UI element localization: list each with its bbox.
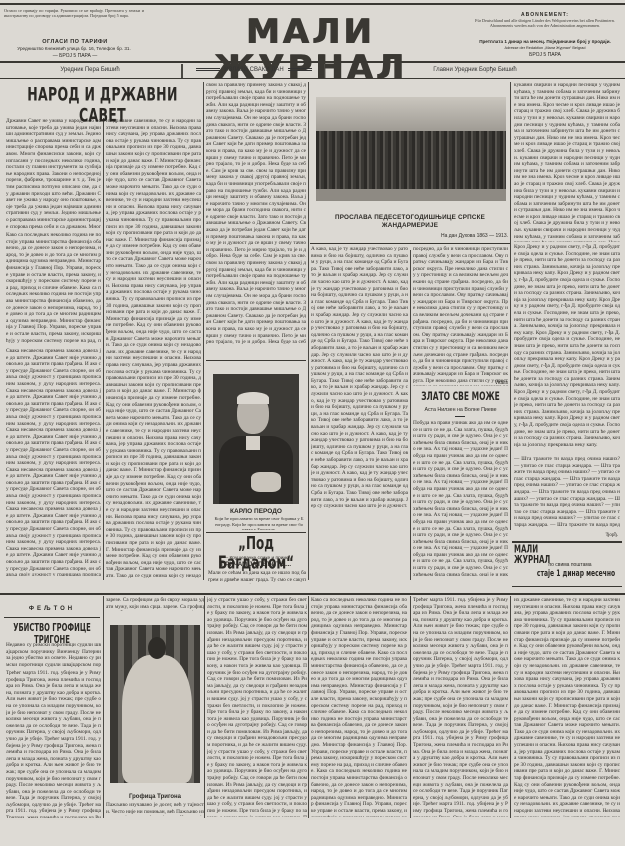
portrait-collar <box>246 436 260 450</box>
masthead-right-sub: Adresse der Redaktion „Мали Журнал“ Belg… <box>480 46 610 50</box>
lead-body-col1b: Како са последњих неколико година не пос… <box>6 232 101 344</box>
photo-crowd <box>316 131 506 189</box>
lower-col4: Како са последњих неколико година не пос… <box>311 597 407 817</box>
right-col-body-mid: Кроз Дреку и у радном свету, г-ђа Д. про… <box>514 244 620 454</box>
column-divider <box>308 82 309 580</box>
right-col-body-top: кукавни свирачи и народни песници у чудн… <box>514 82 620 242</box>
photo-feature-body-right: посредно, да би и чиновници приступили п… <box>413 246 508 386</box>
top-rule <box>0 3 625 5</box>
masthead-right-notice: Für Deutschland und alle übrigen Länder … <box>468 18 622 34</box>
promo-bottom-rule <box>512 586 622 587</box>
column-divider <box>103 596 104 818</box>
feuilleton-label-rule <box>4 617 100 618</box>
editor-right: Главни Уредник Борђе Бишић <box>325 64 625 77</box>
gendarmerie-caption: ПРОСЛАВА ПЕДЕСЕТОГОДИШЊИЦЕ СРПСКЕ ЖАНДАР… <box>312 214 508 230</box>
promo-sub: по свима поштама <box>530 562 610 568</box>
countess-photo <box>110 625 200 783</box>
lead-body-col2: их државне савезнике, те су и народни за… <box>106 118 201 578</box>
column-divider <box>204 596 205 818</box>
masthead-title: МАЛИ ЖУРНАЛ <box>160 14 460 50</box>
zlato-headline-wrap: ЗЛАТО СВЕ МОЖЕ <box>413 391 508 405</box>
masthead-left-address: Уредништво Кнежевић улица бр. 16, Телефо… <box>4 46 144 51</box>
zlato-headline: ЗЛАТО СВЕ МОЖЕ <box>413 391 508 403</box>
feuilleton-lead: Недавно су римски поротници судили швајц… <box>6 642 101 668</box>
freq-label: ИЗЛАЗИ СВАКИ ДАН <box>224 67 283 73</box>
zlato-signature: Vitalis <box>470 380 508 386</box>
gendarmerie-sub: На дан Духова 1863 — 1913. <box>400 233 508 239</box>
promo-price: стаје 1 динар месечно <box>530 570 622 579</box>
zlato-body: Побуда на прави учинак ако да им се одне… <box>413 420 508 576</box>
masthead-left-notice: Огласи се примају по тарифи. Рукописи се… <box>4 8 144 36</box>
lower-col5: Трећег марта 1911. год. убијена је у Рим… <box>413 597 508 817</box>
gendarmerie-photo <box>316 97 506 201</box>
zlato-sub: Аста Нилзен на Волне Пиеве <box>413 407 508 413</box>
feuilleton-col2-top: зарезе. Са грофицом да би сврху морала у… <box>106 597 204 611</box>
countess-dress <box>122 655 192 783</box>
column-divider <box>103 118 104 580</box>
lead-body-col1c: Свака несавесна примена закона довела је… <box>6 348 101 576</box>
column-divider <box>410 596 411 818</box>
photo-feature-bottom-rule <box>310 243 510 244</box>
promo-price-wrap: стаје 1 динар месечно <box>530 570 622 582</box>
promo-title-wrap: МАЛИ ЖУРНАЛ <box>514 545 574 557</box>
pod-bagalom-sub-1: — Крушевачке слике и приче <box>206 556 306 561</box>
feuilleton-rule <box>0 593 625 595</box>
photo-sky <box>316 97 506 133</box>
portrait-hands <box>251 472 281 492</box>
feuilleton-body: Трећег марта 1911. год. убијена је у Рим… <box>6 670 101 818</box>
countess-caption: Грофица Тригона <box>106 794 204 800</box>
lead-headline-wrap: НАРОД И ДРЖАВНИ САВЕТ <box>10 84 195 112</box>
feuilleton-col3: јој у страсти ушао у собу, у стражи без … <box>207 597 307 817</box>
column-divider <box>510 596 511 818</box>
newspaper-page: Огласи се примају по тарифи. Рукописи се… <box>0 0 625 846</box>
photo-feature-body-left: А како, кад је ту жандар учествовао у ра… <box>311 246 408 576</box>
masthead-right-line: Претплата 1 динар на месец. Појединачни … <box>470 39 620 44</box>
bottom-margin <box>0 820 625 846</box>
lead-body-col1: Државни Савет не ужива у народу оно пошт… <box>6 118 101 230</box>
strip-divider-left <box>181 64 183 78</box>
freq-rule-right <box>288 68 312 71</box>
pod-bagalom-headline-wrap: „Под Багдалом“ <box>206 534 306 554</box>
pod-bagalom-sub-2: ПРИЧАМ ЈА ПЕЂИЋУ.... <box>206 562 306 568</box>
countess-note: Пажљиво изучавано је досег, већ у тајнос… <box>106 802 204 816</box>
lower-col6: их државне савезнике, те су и народни за… <box>514 597 620 817</box>
perodo-caption: Који ће прославити за време свог боравка… <box>214 516 304 530</box>
column-divider <box>510 82 511 530</box>
right-col-quote: — Шта тражите ти вазда пред очима наших?… <box>514 456 620 528</box>
editor-left: Уредник Пера Бишић <box>0 64 180 77</box>
perodo-portrait <box>213 374 299 504</box>
masthead-left-price: — БРОЈ 5 ПАРА — <box>20 53 130 59</box>
feuilleton-headline-wrap: УБИСТВО ГРОФИЦЕ ТРИГОНЕ <box>4 622 100 640</box>
freq-rule-left <box>196 68 220 71</box>
photo-ground <box>316 189 506 201</box>
masthead-left-heading: ОГЛАСИ ПО ТАРИФИ <box>20 39 130 45</box>
lead-body-col3: свом за правилну примену закона у свакој… <box>206 82 306 344</box>
masthead-right-price: БРОЈ 5 ПАРА <box>500 52 590 58</box>
pod-bagalom-body: Мали се сећам из дана када се ишло под б… <box>208 570 306 584</box>
zlato-divider <box>455 416 465 417</box>
portrait-hair <box>237 392 269 404</box>
right-col-signature: Ђорђ. <box>570 533 618 538</box>
column-divider <box>410 250 411 580</box>
countess-head <box>148 637 166 659</box>
perodo-top-rule <box>206 360 306 361</box>
publication-frequency: ИЗЛАЗИ СВАКИ ДАН <box>184 64 324 77</box>
column-divider <box>308 596 309 818</box>
column-divider <box>203 82 204 580</box>
feuilleton-label: ФЕЉТОН <box>4 606 100 612</box>
perodo-name: КАРЛО ПЕРОДО <box>206 508 306 515</box>
